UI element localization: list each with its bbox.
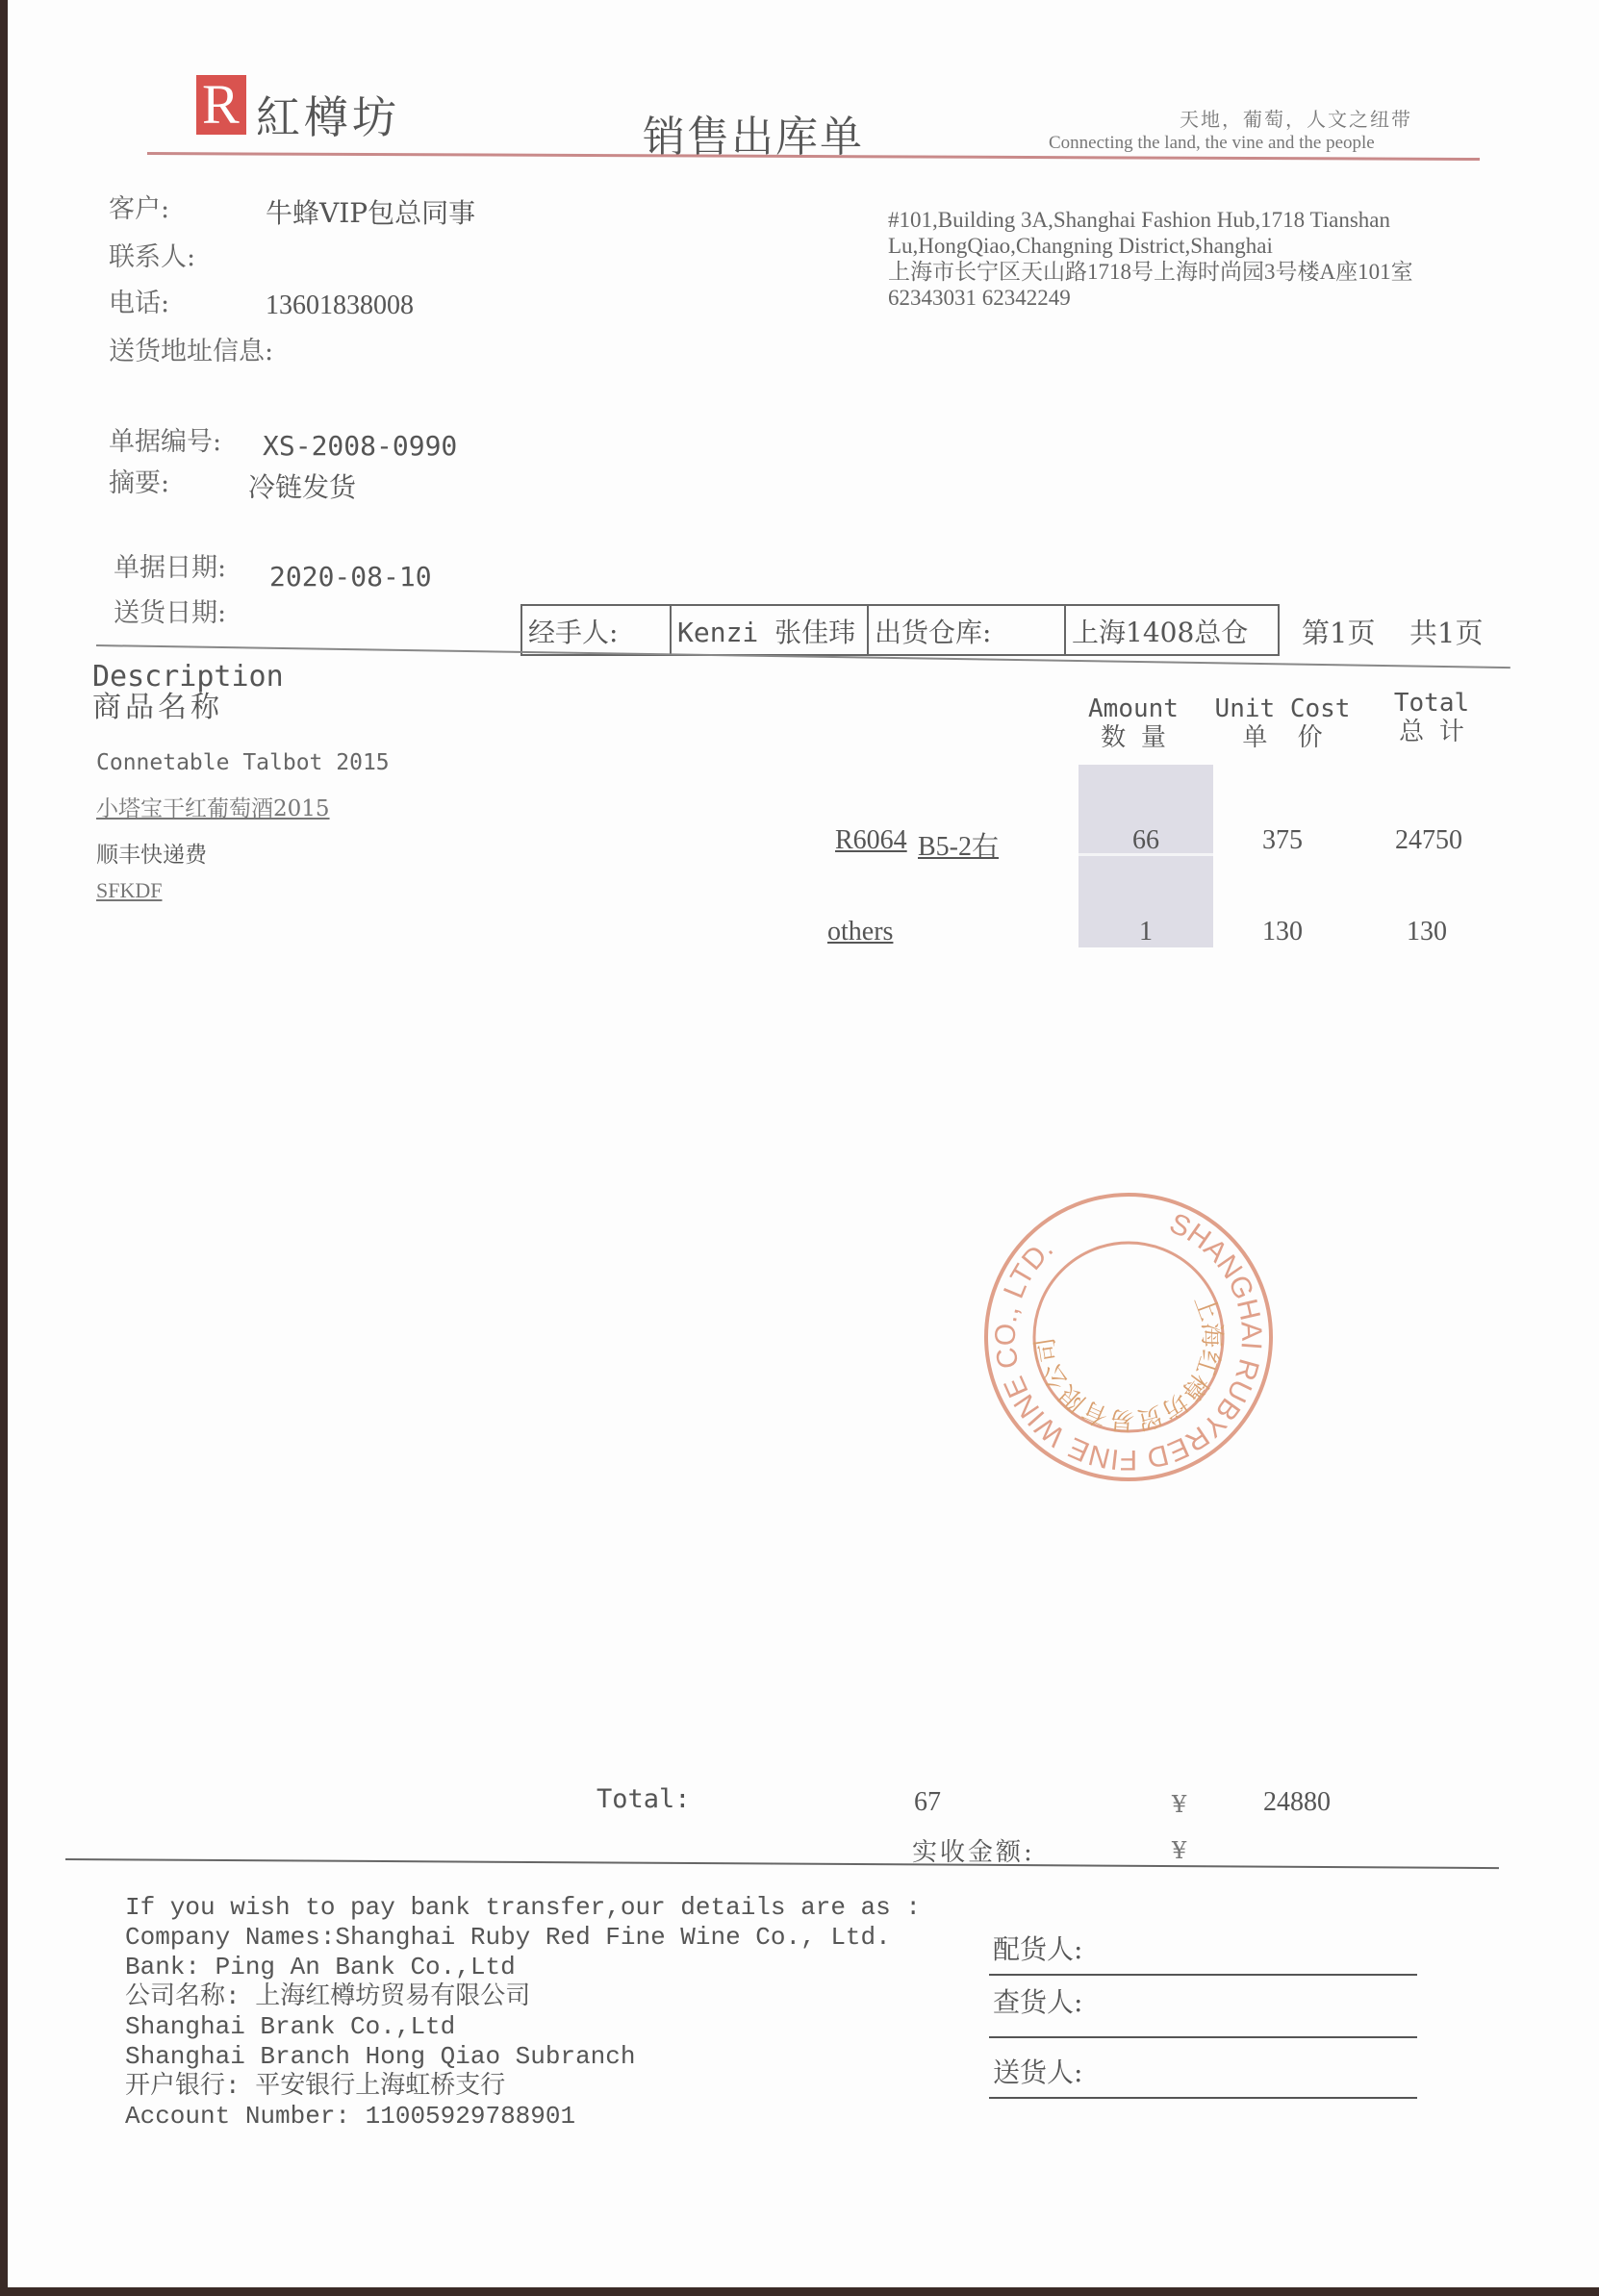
document-number-value: XS-2008-0990 <box>263 430 457 462</box>
company-seal-icon: SHANGHAI RUBYRED FINE WINE CO., LTD. 上海红… <box>979 1188 1278 1486</box>
others-link[interactable]: others <box>827 917 893 947</box>
page-current: 第1页 <box>1302 612 1375 651</box>
total-label: Total: <box>596 1784 691 1814</box>
total-currency: ¥ <box>1172 1791 1186 1818</box>
summary-value: 冷链发货 <box>248 467 356 505</box>
handler-warehouse-box: 经手人: Kenzi 张佳玮 出货仓库: 上海1408总仓 <box>520 604 1280 656</box>
warehouse-value: 上海1408总仓 <box>1066 606 1278 654</box>
received-currency: ¥ <box>1172 1837 1186 1864</box>
amount-header-cn: 数 量 <box>1071 723 1196 752</box>
address-line-2: Lu,HongQiao,Changning District,Shanghai <box>888 233 1413 259</box>
checker-signature-line[interactable] <box>989 2036 1417 2038</box>
page-total: 共1页 <box>1409 612 1483 651</box>
contact-label: 联系人: <box>109 236 195 273</box>
handler-label: 经手人: <box>522 606 672 654</box>
warehouse-label: 出货仓库: <box>869 606 1066 654</box>
totals-divider <box>65 1858 1499 1869</box>
address-line-1: #101,Building 3A,Shanghai Fashion Hub,17… <box>888 207 1413 233</box>
brand-logo-icon: R <box>196 75 246 135</box>
unit-cost-header: Unit Cost 单 价 <box>1206 694 1359 752</box>
total-header-cn: 总 计 <box>1374 718 1489 746</box>
address-line-3: 上海市长宁区天山路1718号上海时尚园3号楼A座101室 <box>888 259 1413 285</box>
handler-value: Kenzi 张佳玮 <box>672 606 869 654</box>
amount-header-en: Amount <box>1071 694 1196 723</box>
document-number-label: 单据编号: <box>109 420 221 458</box>
total-value: 24880 <box>1263 1787 1331 1818</box>
total-header-en: Total <box>1374 689 1489 718</box>
slogan-chinese: 天地，葡萄，人文之纽带 <box>1180 104 1412 132</box>
bank-line: 开户银行: 平安银行上海虹桥支行 <box>125 2072 921 2102</box>
document-date-label: 单据日期: <box>114 546 226 584</box>
bank-line: Company Names:Shanghai Ruby Red Fine Win… <box>125 1923 921 1953</box>
description-header: Description 商品名称 <box>92 662 284 723</box>
received-label: 实收金额: <box>912 1832 1035 1868</box>
item-code[interactable]: R6064 <box>835 825 907 856</box>
delivery-address-label: 送货地址信息: <box>109 330 273 367</box>
bank-line: If you wish to pay bank transfer,our det… <box>125 1893 921 1923</box>
bank-details: If you wish to pay bank transfer,our det… <box>125 1893 921 2132</box>
item-name-cn[interactable]: 小塔宝干红葡萄酒2015 <box>96 791 330 822</box>
total-amount: 67 <box>914 1787 941 1818</box>
phone-label: 电话: <box>109 282 169 319</box>
fee-unit-cost: 130 <box>1225 917 1340 947</box>
bank-line: Shanghai Branch Hong Qiao Subranch <box>125 2042 921 2072</box>
slogan-english: Connecting the land, the vine and the pe… <box>1049 133 1375 154</box>
bank-line: 公司名称: 上海红樽坊贸易有限公司 <box>125 1982 921 2012</box>
amount-header: Amount 数 量 <box>1071 694 1196 752</box>
picker-signature-line[interactable] <box>989 1974 1417 1976</box>
description-header-en: Description <box>92 662 284 693</box>
fee-name-cn: 顺丰快递费 <box>96 837 207 869</box>
bank-line: Account Number: 11005929788901 <box>125 2102 921 2132</box>
unit-cost-header-cn: 单 价 <box>1206 723 1359 752</box>
brand-name: 紅樽坊 <box>256 83 400 146</box>
bank-line: Bank: Ping An Bank Co.,Ltd <box>125 1953 921 1982</box>
delivery-date-label: 送货日期: <box>114 592 226 629</box>
bank-line: Shanghai Brank Co.,Ltd <box>125 2012 921 2042</box>
picker-label: 配货人: <box>993 1929 1082 1967</box>
company-phones: 62343031 62342249 <box>888 285 1413 311</box>
item-name-en: Connetable Talbot 2015 <box>96 750 390 775</box>
item-location[interactable]: B5-2右 <box>918 825 999 864</box>
description-header-cn: 商品名称 <box>92 693 284 723</box>
customer-label: 客户: <box>109 188 169 225</box>
item-total: 24750 <box>1371 825 1486 856</box>
summary-label: 摘要: <box>109 462 169 499</box>
fee-code[interactable]: SFKDF <box>96 878 162 903</box>
phone-value: 13601838008 <box>266 290 414 321</box>
fee-amount: 1 <box>1088 917 1204 947</box>
item-unit-cost: 375 <box>1225 825 1340 856</box>
svg-text:SHANGHAI RUBYRED FINE WINE CO.: SHANGHAI RUBYRED FINE WINE CO., LTD. <box>979 1188 1278 1486</box>
company-address: #101,Building 3A,Shanghai Fashion Hub,17… <box>888 207 1413 311</box>
document-date-value: 2020-08-10 <box>269 561 432 593</box>
customer-value: 牛蜂VIP包总同事 <box>266 192 475 231</box>
checker-label: 查货人: <box>993 1981 1082 2020</box>
document-page: R 紅樽坊 销售出库单 天地，葡萄，人文之纽带 Connecting the l… <box>8 0 1599 2287</box>
unit-cost-header-en: Unit Cost <box>1206 694 1359 723</box>
item-amount: 66 <box>1088 825 1204 856</box>
deliverer-signature-line[interactable] <box>989 2097 1417 2099</box>
total-header: Total 总 计 <box>1374 689 1489 746</box>
deliverer-label: 送货人: <box>993 2052 1082 2090</box>
fee-total: 130 <box>1369 917 1485 947</box>
